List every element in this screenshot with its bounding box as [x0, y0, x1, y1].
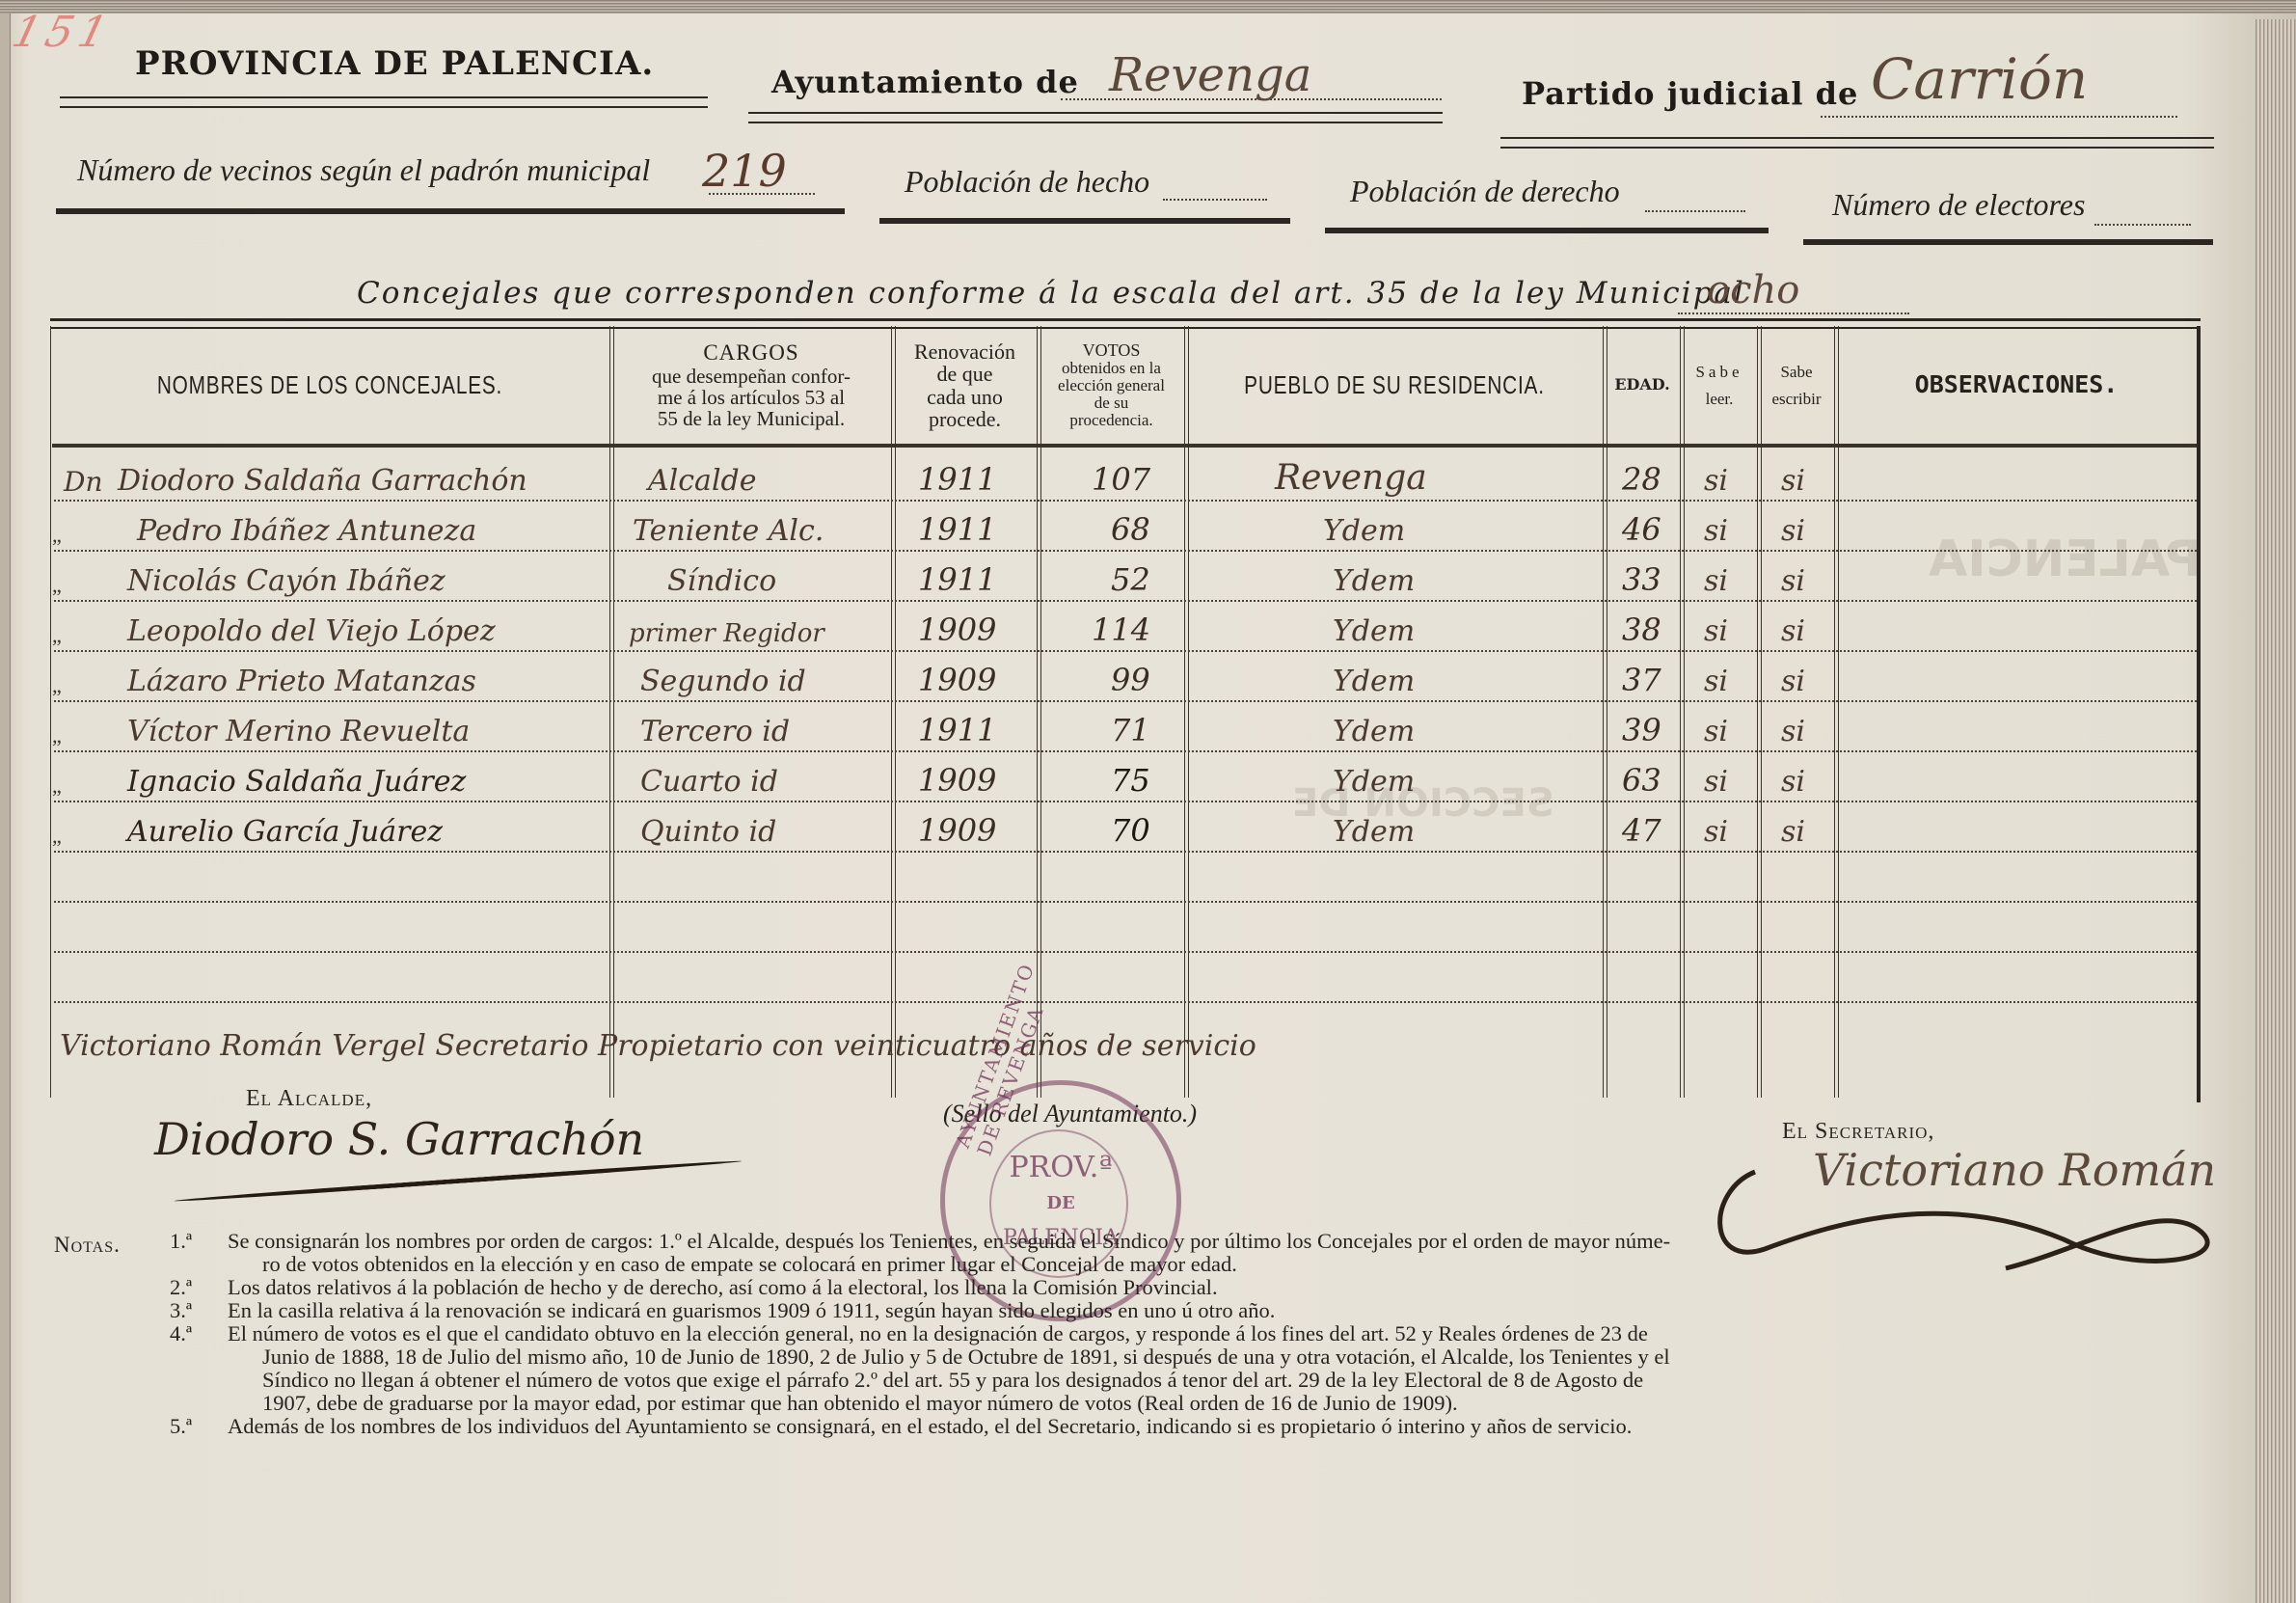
ditto-mark: „: [52, 824, 62, 849]
cell-escribir: si: [1781, 514, 1805, 548]
table-row: „ Ignacio Saldaña Juárez Cuarto id 1909 …: [50, 752, 2201, 802]
cell-renovacion: 1911: [918, 712, 996, 748]
title-rule: [60, 96, 708, 108]
header-text: procede.: [929, 408, 1001, 430]
cell-pueblo: Ydem: [1333, 815, 1415, 849]
table-row: Dn Diodoro Saldaña Garrachón Alcalde 191…: [50, 451, 2201, 502]
header-edad: EDAD.: [1605, 330, 1680, 441]
vecinos-value: 219: [702, 145, 787, 197]
note-text: En la casilla relativa á la renovación s…: [228, 1298, 1275, 1322]
cell-votos: 114: [1092, 611, 1150, 648]
alcalde-label: El Alcalde,: [246, 1086, 372, 1112]
header-text: CARGOS: [703, 341, 798, 365]
cell-cargo: Cuarto id: [640, 765, 778, 799]
note-1: 1.ªSe consignarán los nombres por orden …: [170, 1230, 2195, 1276]
partido-value: Carrión: [1871, 46, 2088, 112]
table-row: „ Aurelio García Juárez Quinto id 1909 7…: [50, 802, 2201, 853]
poblacion-derecho-rule: [1325, 228, 1769, 233]
concejales-label: Concejales que corresponden conforme á l…: [357, 276, 1745, 311]
vecinos-label: Número de vecinos según el padrón munici…: [77, 152, 650, 188]
electores-rule: [1803, 239, 2213, 245]
cell-nombre: Aurelio García Juárez: [127, 815, 443, 849]
note-text: Síndico no llegan á obtener el número de…: [170, 1369, 2195, 1392]
poblacion-derecho-label: Población de derecho: [1350, 174, 1620, 209]
page-top-edge: [0, 0, 2296, 14]
cell-escribir: si: [1781, 665, 1805, 698]
poblacion-hecho-label: Población de hecho: [905, 164, 1149, 200]
partido-label: Partido judicial de: [1522, 75, 1858, 112]
note-text: Los datos relativos á la población de he…: [228, 1275, 1218, 1299]
cell-edad: 38: [1622, 611, 1661, 648]
cell-votos: 70: [1111, 812, 1150, 849]
secretary-row: Victoriano Román Vergel Secretario Propi…: [50, 1013, 2201, 1069]
table-row: „ Lázaro Prieto Matanzas Segundo id 1909…: [50, 652, 2201, 702]
header-text: obtenidos en la: [1062, 360, 1161, 377]
cell-leer: si: [1704, 815, 1728, 849]
cell-pueblo: Ydem: [1323, 514, 1405, 548]
header-votos: VOTOS obtenidos en la elección general d…: [1039, 330, 1184, 441]
cell-edad: 33: [1622, 561, 1661, 598]
ayuntamiento-rule: [748, 112, 1443, 123]
cell-nombre: Nicolás Cayón Ibáñez: [127, 564, 446, 598]
ditto-mark: „: [52, 673, 62, 698]
header-text: procedencia.: [1069, 412, 1152, 429]
seal-line-2: DE: [945, 1193, 1176, 1213]
electores-field[interactable]: [2094, 218, 2191, 226]
note-text: Junio de 1888, 18 de Julio del mismo año…: [170, 1345, 2195, 1369]
cell-pueblo: Ydem: [1333, 614, 1415, 648]
note-3: 3.ªEn la casilla relativa á la renovació…: [170, 1299, 2195, 1322]
cell-pueblo: Ydem: [1333, 765, 1415, 799]
cell-cargo: Síndico: [667, 564, 776, 598]
folio-number: 151: [8, 8, 119, 57]
header-text: cada uno: [927, 386, 1003, 408]
concejales-value: ocho: [1707, 268, 1799, 312]
cell-nombre: Diodoro Saldaña Garrachón: [118, 464, 527, 498]
header-renovacion: Renovación de que cada uno procede.: [893, 330, 1037, 441]
cell-leer: si: [1704, 514, 1728, 548]
header-text: NOMBRES DE LOS CONCEJALES.: [157, 372, 502, 398]
cell-edad: 39: [1622, 712, 1661, 748]
header-text: 55 de la ley Municipal.: [658, 408, 845, 429]
note-number: 2.ª: [170, 1276, 228, 1299]
note-number: 4.ª: [170, 1322, 228, 1345]
header-text: de que: [936, 363, 992, 385]
header-text: de su: [1094, 394, 1128, 412]
header-text: EDAD.: [1614, 377, 1669, 394]
table-top-rule: [50, 318, 2201, 329]
cell-edad: 63: [1622, 762, 1661, 799]
ditto-mark: „: [52, 523, 62, 548]
table-row-empty: [50, 853, 2201, 903]
note-number: 5.ª: [170, 1415, 228, 1438]
prefix: Dn: [64, 466, 102, 498]
note-4: 4.ªEl número de votos es el que el candi…: [170, 1322, 2195, 1415]
cell-renovacion: 1911: [918, 461, 996, 498]
poblacion-derecho-field[interactable]: [1645, 204, 1745, 212]
cell-escribir: si: [1781, 815, 1805, 849]
table-row-empty: [50, 953, 2201, 1003]
header-text: Sabe: [1780, 364, 1812, 381]
cell-nombre: Ignacio Saldaña Juárez: [127, 765, 466, 799]
cell-cargo: Tercero id: [640, 715, 790, 748]
cell-edad: 37: [1622, 662, 1661, 698]
note-text: Además de los nombres de los individuos …: [228, 1414, 1632, 1438]
header-pueblo: PUEBLO DE SU RESIDENCIA.: [1228, 330, 1561, 441]
header-nombres: NOMBRES DE LOS CONCEJALES.: [106, 330, 554, 441]
header-sabe-escribir: Sabe escribir: [1759, 330, 1834, 441]
cell-leer: si: [1704, 464, 1728, 498]
cell-escribir: si: [1781, 614, 1805, 648]
note-number: 3.ª: [170, 1299, 228, 1322]
cell-votos: 99: [1111, 662, 1150, 698]
note-text: Se consignarán los nombres por orden de …: [228, 1229, 1670, 1253]
cell-nombre: Víctor Merino Revuelta: [127, 715, 470, 748]
cell-cargo: primer Regidor: [629, 619, 824, 648]
note-5: 5.ªAdemás de los nombres de los individu…: [170, 1415, 2195, 1438]
cell-renovacion: 1911: [918, 561, 996, 598]
cell-votos: 75: [1111, 762, 1150, 799]
header-text: elección general: [1058, 377, 1165, 394]
header-text: leer.: [1706, 391, 1734, 408]
cell-cargo: Alcalde: [648, 464, 757, 498]
cell-pueblo: Revenga: [1275, 458, 1427, 498]
vecinos-rule: [56, 208, 845, 214]
header-text: Renovación: [914, 340, 1015, 363]
cell-edad: 28: [1622, 461, 1661, 498]
cell-edad: 47: [1622, 812, 1661, 849]
ditto-mark: „: [52, 723, 62, 748]
header-text: Sabe: [1695, 364, 1742, 381]
header-cargos: CARGOS que desempeñan confor- me á los a…: [611, 330, 891, 441]
secretary-entry: Victoriano Román Vergel Secretario Propi…: [60, 1029, 1256, 1063]
ditto-mark: „: [52, 623, 62, 648]
cell-cargo: Segundo id: [640, 665, 806, 698]
cell-votos: 68: [1111, 511, 1150, 548]
cell-leer: si: [1704, 564, 1728, 598]
note-text: ro de votos obtenidos en la elección y e…: [170, 1253, 2195, 1276]
cell-nombre: Pedro Ibáñez Antuneza: [137, 514, 476, 548]
cell-votos: 52: [1111, 561, 1150, 598]
cell-cargo: Teniente Alc.: [633, 514, 824, 548]
cell-cargo: Quinto id: [640, 815, 776, 849]
table-row-empty: [50, 903, 2201, 953]
cell-votos: 107: [1092, 461, 1150, 498]
table-row: „ Leopoldo del Viejo López primer Regido…: [50, 602, 2201, 652]
cell-leer: si: [1704, 715, 1728, 748]
concejales-table: NOMBRES DE LOS CONCEJALES. CARGOS que de…: [50, 318, 2201, 1104]
note-text: El número de votos es el que el candidat…: [228, 1321, 1648, 1345]
header-text: OBSERVACIONES.: [1915, 372, 2119, 397]
page-stack-edge: [2255, 19, 2296, 1603]
cell-pueblo: Ydem: [1333, 564, 1415, 598]
cell-renovacion: 1911: [918, 511, 996, 548]
cell-renovacion: 1909: [918, 762, 996, 799]
book-binding: [0, 0, 11, 1603]
cell-votos: 71: [1111, 712, 1150, 748]
cell-leer: si: [1704, 614, 1728, 648]
ditto-mark: „: [52, 774, 62, 799]
partido-rule: [1500, 137, 2214, 149]
header-text: me á los artículos 53 al: [658, 387, 845, 408]
cell-renovacion: 1909: [918, 662, 996, 698]
table-row: „ Nicolás Cayón Ibáñez Síndico 1911 52 Y…: [50, 552, 2201, 602]
seal-line-1: PROV.ª: [945, 1151, 1176, 1184]
cell-pueblo: Ydem: [1333, 715, 1415, 748]
electores-label: Número de electores: [1832, 187, 2085, 223]
cell-escribir: si: [1781, 464, 1805, 498]
header-text: PUEBLO DE SU RESIDENCIA.: [1244, 372, 1545, 398]
ditto-mark: „: [52, 573, 62, 598]
cell-escribir: si: [1781, 715, 1805, 748]
header-observaciones: OBSERVACIONES.: [1836, 330, 2197, 441]
cell-edad: 46: [1622, 511, 1661, 548]
province-title: PROVINCIA DE PALENCIA.: [135, 44, 654, 83]
cell-nombre: Leopoldo del Viejo López: [127, 614, 496, 648]
ayuntamiento-label: Ayuntamiento de: [771, 64, 1079, 100]
table-row: „ Víctor Merino Revuelta Tercero id 1911…: [50, 702, 2201, 752]
table-row: „ Pedro Ibáñez Antuneza Teniente Alc. 19…: [50, 502, 2201, 552]
cell-escribir: si: [1781, 564, 1805, 598]
header-text: escribir: [1772, 391, 1822, 408]
cell-leer: si: [1704, 765, 1728, 799]
ayuntamiento-value: Revenga: [1109, 48, 1311, 102]
cell-renovacion: 1909: [918, 611, 996, 648]
poblacion-hecho-rule: [879, 218, 1290, 224]
cell-pueblo: Ydem: [1333, 665, 1415, 698]
cell-leer: si: [1704, 665, 1728, 698]
row-dotted-line: [54, 1001, 2197, 1003]
secretario-label: El Secretario,: [1782, 1119, 1934, 1145]
poblacion-hecho-field[interactable]: [1163, 193, 1267, 201]
note-2: 2.ªLos datos relativos á la población de…: [170, 1276, 2195, 1299]
note-text: 1907, debe de graduarse por la mayor eda…: [170, 1392, 2195, 1415]
note-number: 1.ª: [170, 1230, 228, 1253]
header-sabe-leer: Sabe leer.: [1682, 330, 1757, 441]
alcalde-signature: Diodoro S. Garrachón: [154, 1113, 644, 1165]
cell-renovacion: 1909: [918, 812, 996, 849]
cell-nombre: Lázaro Prieto Matanzas: [127, 665, 476, 698]
notes-label: Notas.: [54, 1234, 121, 1257]
cell-escribir: si: [1781, 765, 1805, 799]
header-text: VOTOS: [1083, 341, 1141, 360]
header-text: que desempeñan confor-: [652, 366, 851, 387]
header-bottom-rule: [52, 444, 2197, 448]
